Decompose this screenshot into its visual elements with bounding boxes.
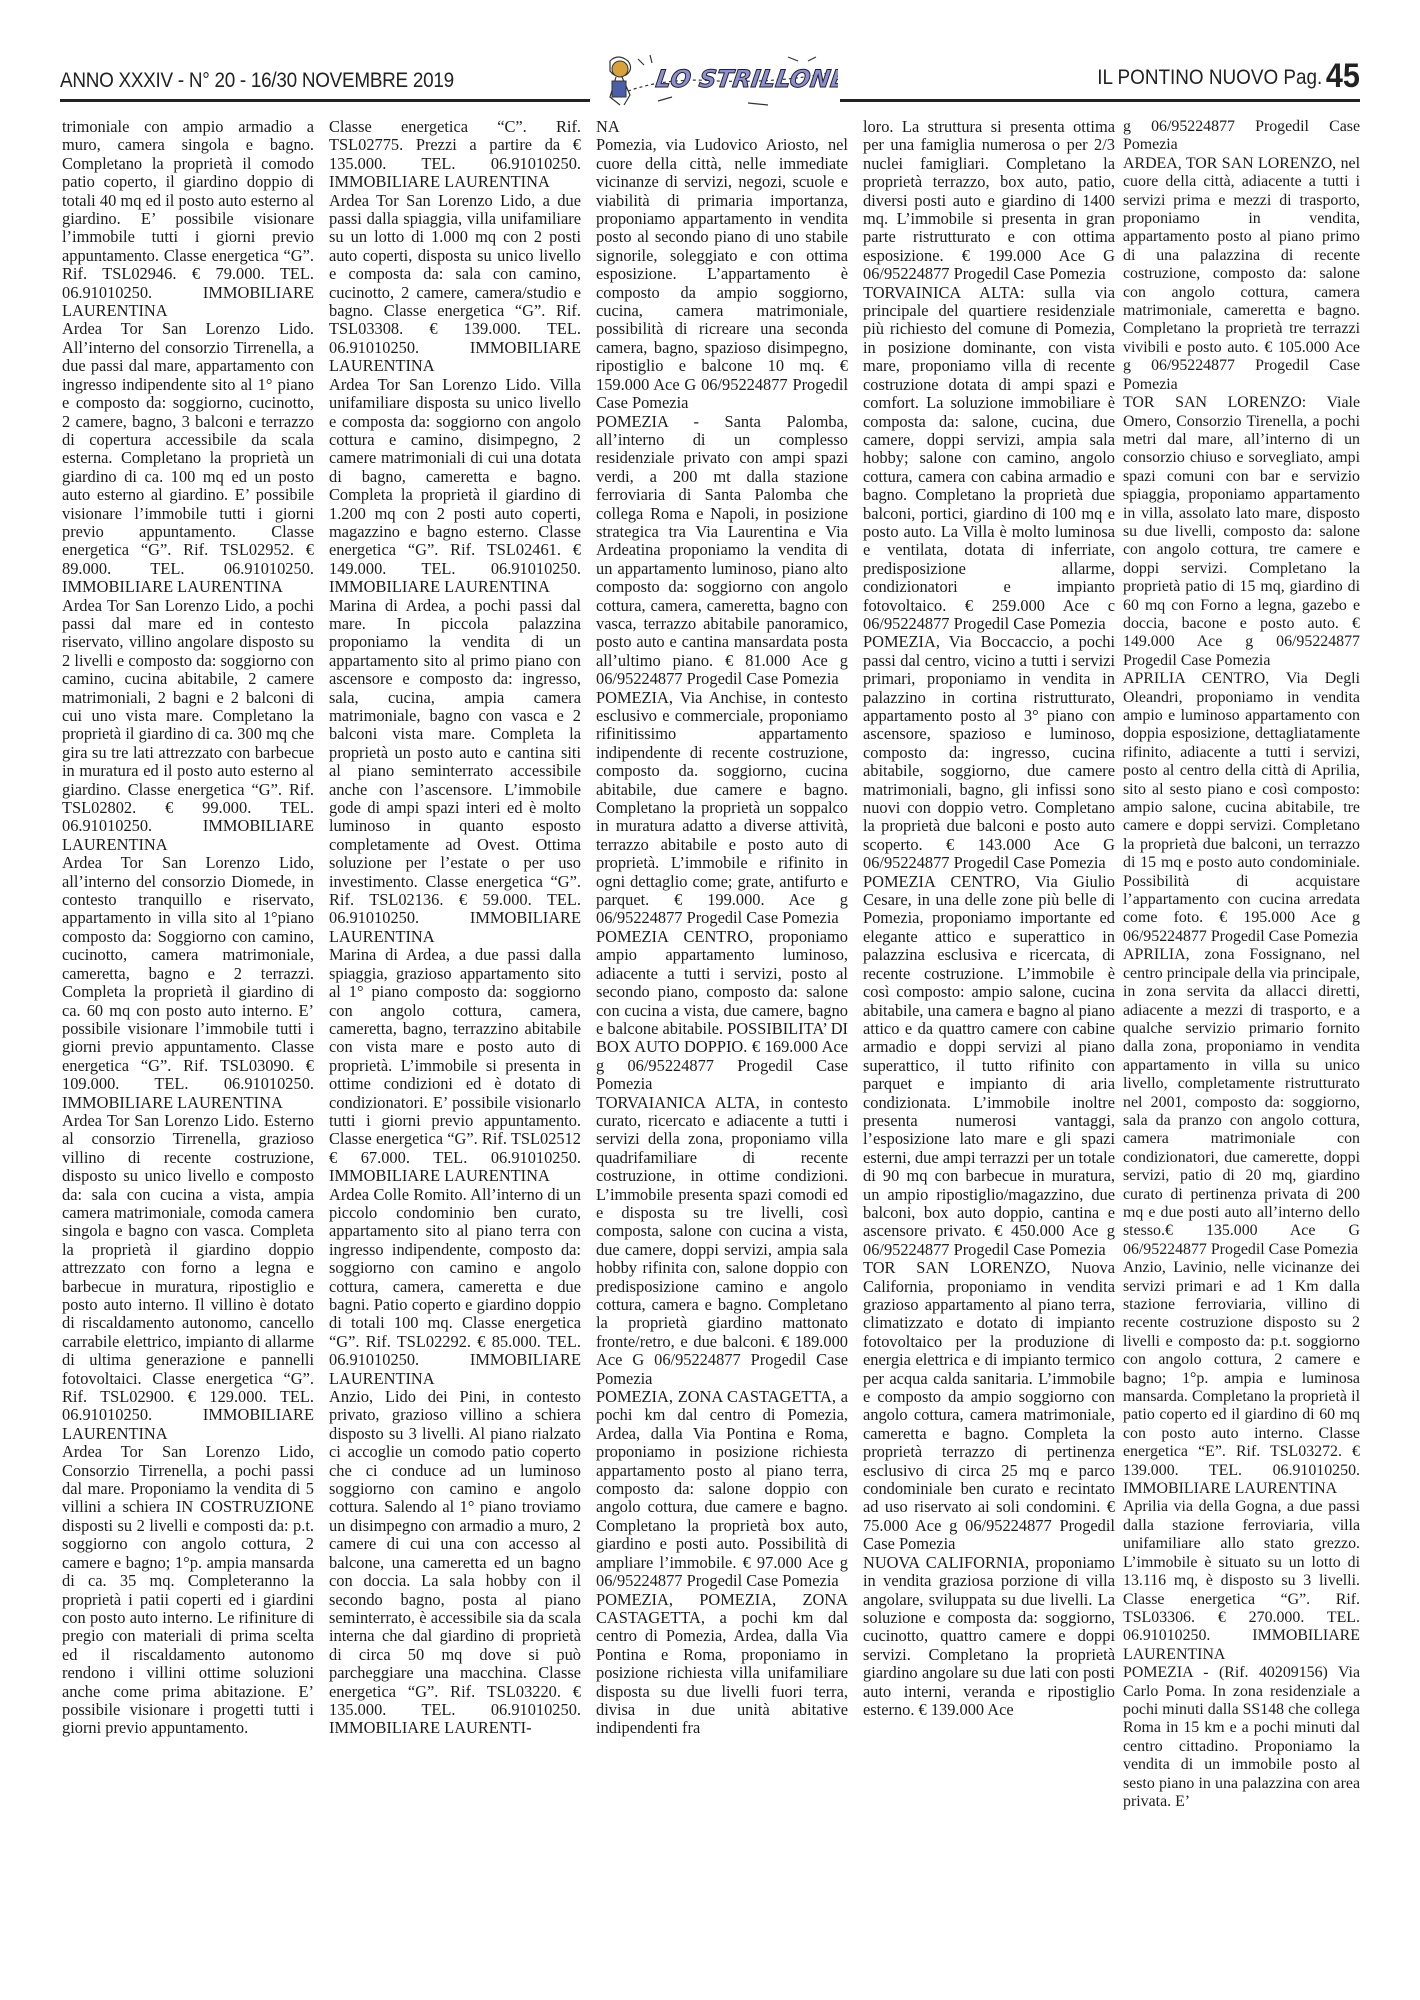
listing: trimoniale con ampio armadio a muro, cam… [62, 118, 314, 320]
listing: Ardea Colle Romito. All’interno di un pi… [329, 1186, 581, 1388]
listing: Ardea Tor San Lorenzo Lido, all’interno … [62, 854, 314, 1112]
listing: Ardea Tor San Lorenzo Lido, a due passi … [329, 192, 581, 376]
column-3: NA Pomezia, via Ludovico Ariosto, nel cu… [596, 118, 848, 1738]
listing: Classe energetica “C”. Rif. TSL02775. Pr… [329, 118, 581, 192]
listing: TORVAINICA ALTA: sulla via principale de… [863, 284, 1115, 634]
listing: TORVAIANICA ALTA, in contesto curato, ri… [596, 1094, 848, 1389]
listing: loro. La struttura si presenta ottima pe… [863, 118, 1115, 284]
header-rule-right [840, 99, 1360, 102]
page-number: 45 [1326, 57, 1360, 95]
listing: Aprilia via della Gogna, a due passi dal… [1123, 1498, 1360, 1664]
column-2: Classe energetica “C”. Rif. TSL02775. Pr… [329, 118, 581, 1738]
listing: Ardea Tor San Lorenzo Lido. Esterno al c… [62, 1112, 314, 1443]
column-1: trimoniale con ampio armadio a muro, cam… [62, 118, 314, 1738]
column-4: loro. La struttura si presenta ottima pe… [863, 118, 1115, 1719]
listing: NA [596, 118, 848, 136]
listing: Ardea Tor San Lorenzo Lido. All’interno … [62, 320, 314, 596]
listing: NUOVA CALIFORNIA, proponiamo in vendita … [863, 1554, 1115, 1720]
listing: g 06/95224877 Progedil Case Pomezia [1123, 118, 1360, 155]
listing: Marina di Ardea, a due passi dalla spiag… [329, 946, 581, 1185]
listing: APRILIA, zona Fossignano, nel centro pri… [1123, 946, 1360, 1259]
listing: POMEZIA - Santa Palomba, all’interno di … [596, 413, 848, 689]
column-5: g 06/95224877 Progedil Case Pomezia ARDE… [1123, 118, 1360, 1811]
listing: POMEZIA, ZONA CASTAGETTA, a pochi km dal… [596, 1388, 848, 1590]
listing: Pomezia, via Ludovico Ariosto, nel cuore… [596, 136, 848, 412]
listing: Anzio, Lido dei Pini, in contesto privat… [329, 1388, 581, 1738]
publication-name: IL PONTINO NUOVO Pag. [1097, 66, 1322, 89]
page-header: ANNO XXXIV - N° 20 - 16/30 NOVEMBRE 2019… [60, 55, 1360, 110]
svg-text:LO STRILLONE: LO STRILLONE [654, 65, 838, 93]
classified-columns: trimoniale con ampio armadio a muro, cam… [62, 118, 1360, 1988]
listing: Ardea Tor San Lorenzo Lido. Villa unifam… [329, 376, 581, 597]
listing: Ardea Tor San Lorenzo Lido, a pochi pass… [62, 597, 314, 855]
header-rule-left [60, 99, 590, 102]
listing: Ardea Tor San Lorenzo Lido, Consorzio Ti… [62, 1443, 314, 1738]
lo-strillone-logo-icon: LO STRILLONE [598, 51, 838, 113]
listing: ARDEA, TOR SAN LORENZO, nel cuore della … [1123, 155, 1360, 394]
listing: POMEZIA, Via Anchise, in contesto esclus… [596, 689, 848, 928]
listing: POMEZIA, POMEZIA, ZONA CASTAGETTA, a poc… [596, 1591, 848, 1738]
listing: APRILIA CENTRO, Via Degli Oleandri, prop… [1123, 670, 1360, 946]
listing: Anzio, Lavinio, nelle vicinanze dei serv… [1123, 1259, 1360, 1498]
listing: TOR SAN LORENZO, Nuova California, propo… [863, 1259, 1115, 1554]
listing: POMEZIA, Via Boccaccio, a pochi passi da… [863, 633, 1115, 872]
listing: TOR SAN LORENZO: Viale Omero, Consorzio … [1123, 394, 1360, 670]
publication-title: IL PONTINO NUOVO Pag.45 [1097, 57, 1360, 96]
issue-info: ANNO XXXIV - N° 20 - 16/30 NOVEMBRE 2019 [60, 69, 454, 93]
listing: POMEZIA CENTRO, Via Giulio Cesare, in un… [863, 873, 1115, 1260]
listing: POMEZIA CENTRO, proponiamo ampio apparta… [596, 928, 848, 1094]
listing: POMEZIA - (Rif. 40209156) Via Carlo Poma… [1123, 1664, 1360, 1811]
listing: Marina di Ardea, a pochi passi dal mare.… [329, 597, 581, 947]
